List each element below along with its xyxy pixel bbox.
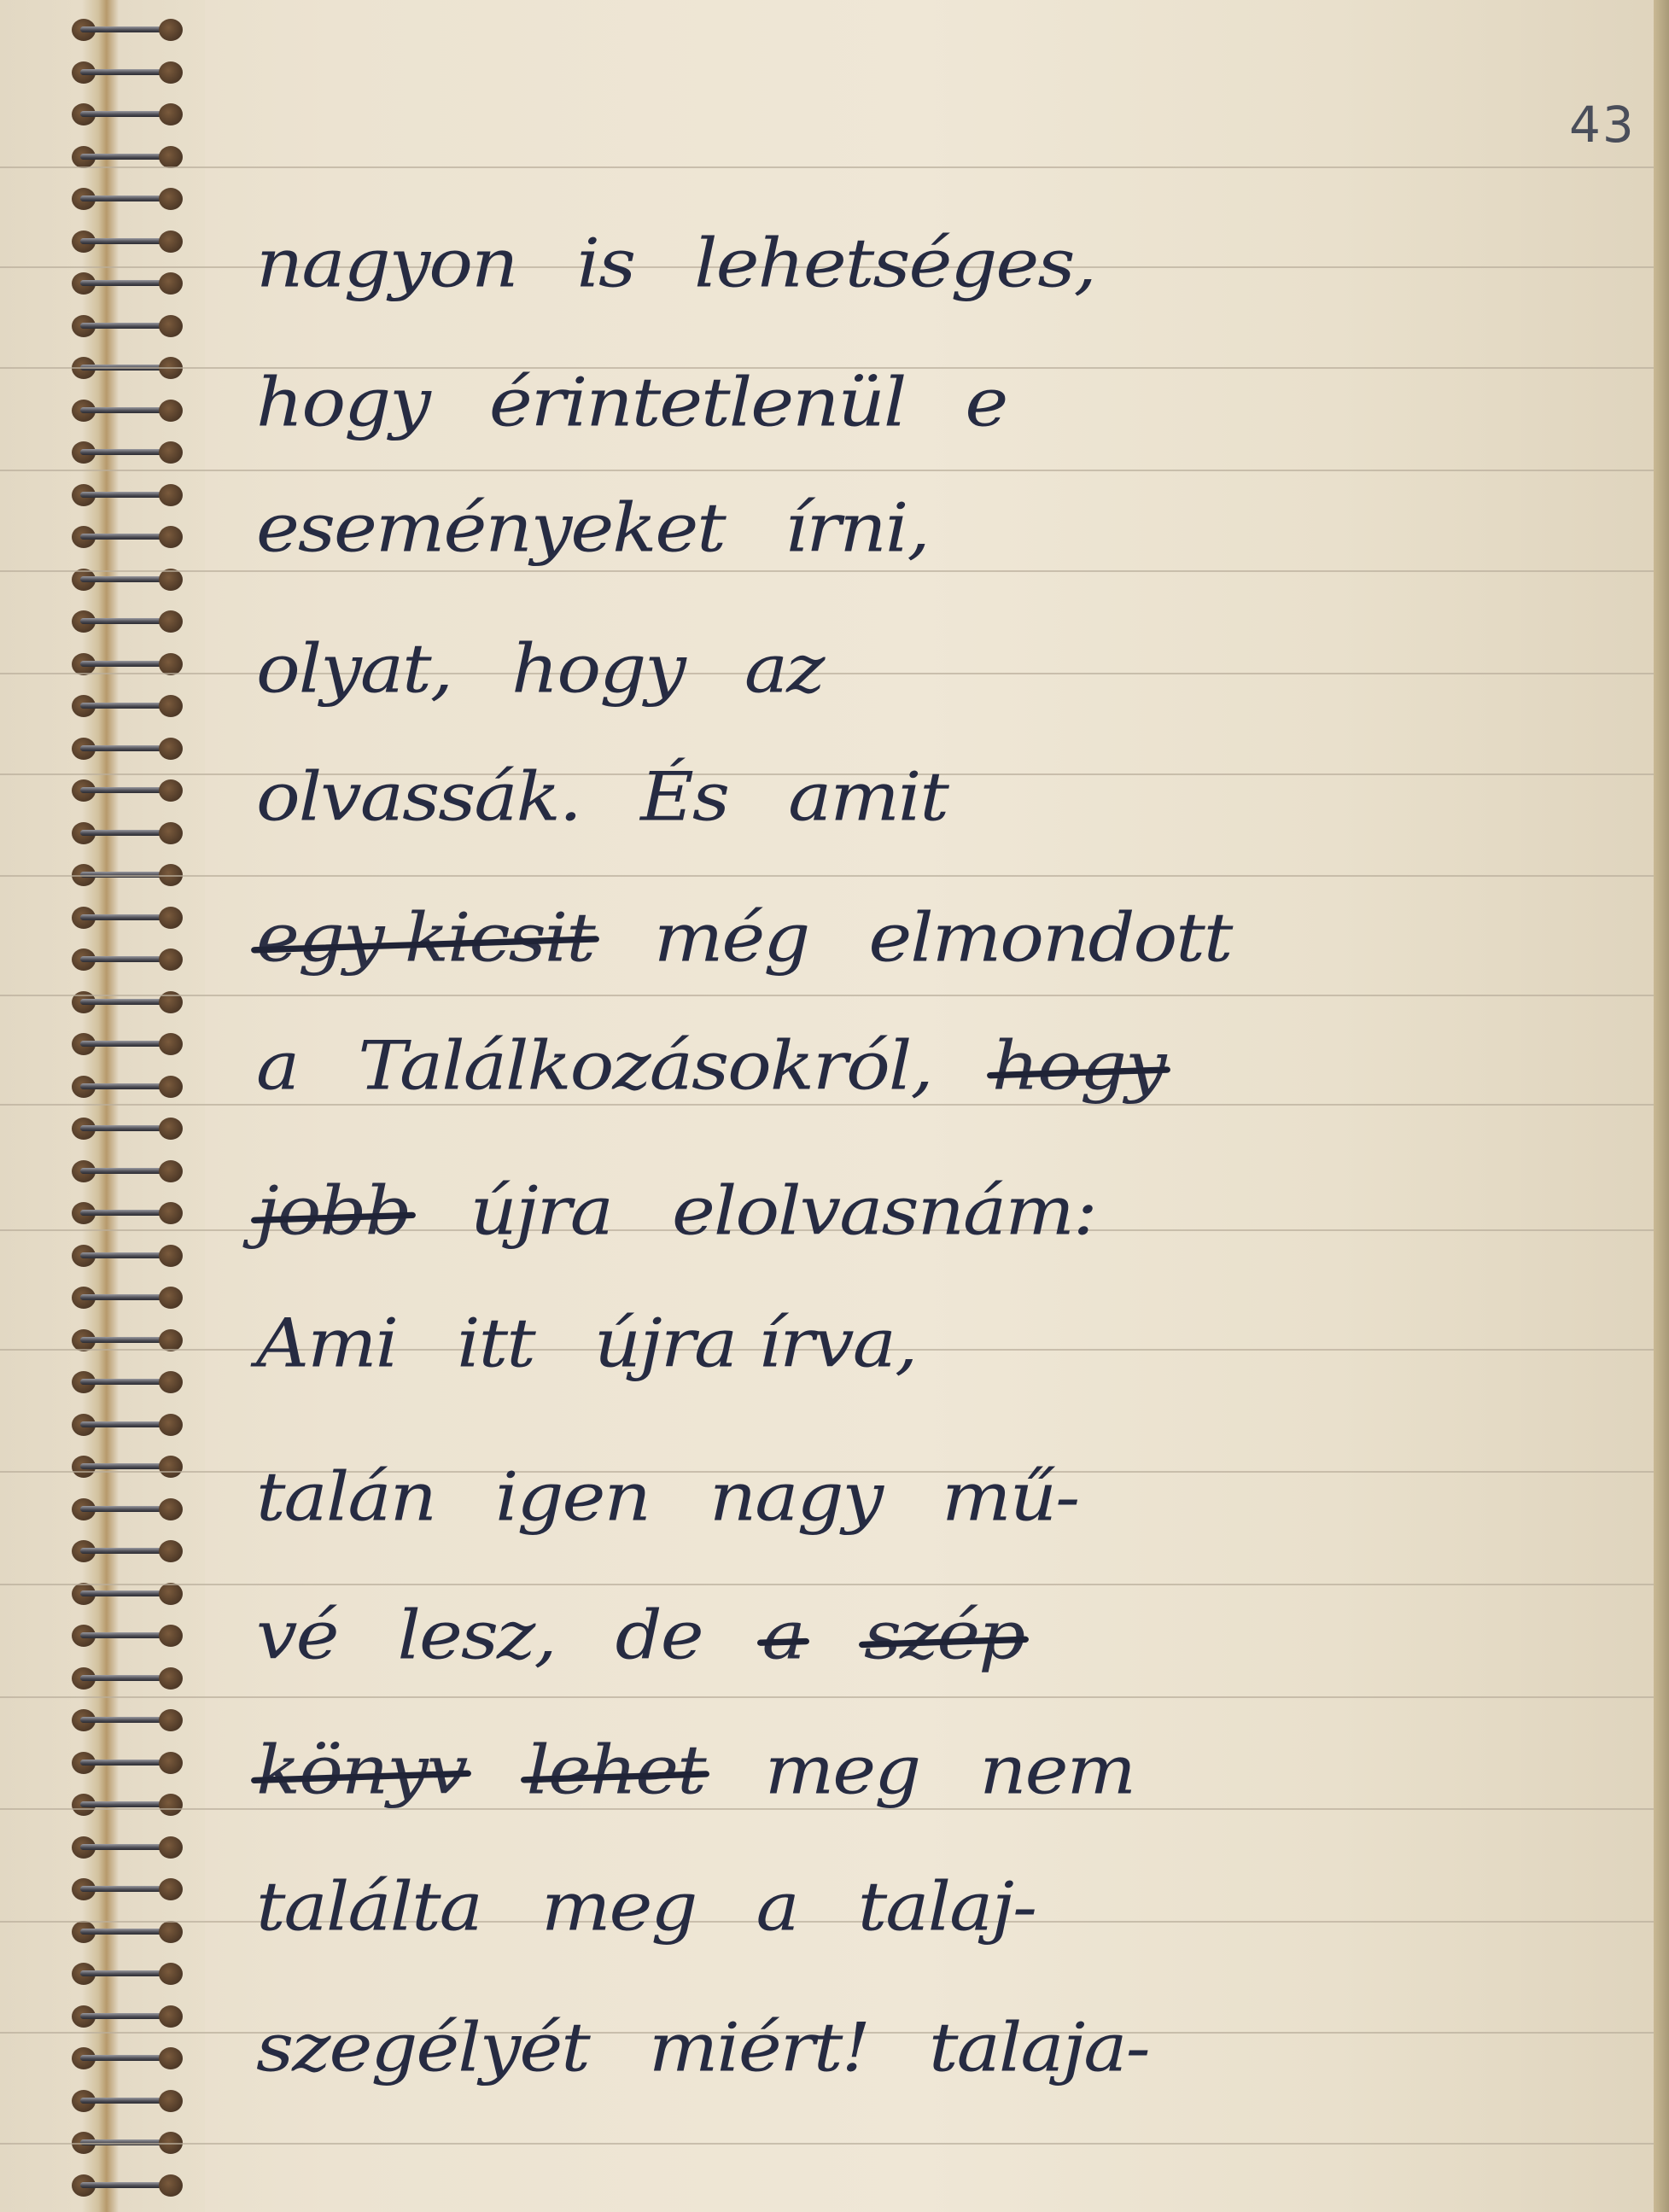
spiral-coil [72,484,183,506]
punch-hole [159,484,183,506]
punch-hole [159,1202,183,1224]
word: találta [256,1868,481,1946]
spiral-coil [72,948,183,971]
punch-hole [159,1160,183,1182]
punch-hole [159,907,183,929]
handwritten-line: jobbújraelolvasnám: [256,1172,1639,1251]
word: nem [979,1731,1135,1810]
struck-word: könyv [256,1731,466,1810]
spiral-coil [72,1329,183,1351]
punch-hole [159,1963,183,1985]
punch-hole [159,231,183,253]
spiral-coil [72,1625,183,1647]
word: lesz, [397,1596,555,1675]
spiral-coil [72,1456,183,1478]
spiral-coil [72,1963,183,1985]
spiral-coil [72,526,183,548]
word: olvassák. [256,758,581,837]
word: nagyon [256,225,516,303]
spiral-coil [72,1498,183,1520]
punch-hole [159,272,183,295]
punch-hole [159,19,183,41]
spiral-coil [72,695,183,717]
punch-hole [159,61,183,84]
punch-hole [159,1076,183,1098]
word: lehetséges, [694,225,1095,303]
handwritten-line: szegélyétmiért!talaja- [256,2009,1639,2087]
punch-hole [159,1625,183,1647]
struck-word: a [762,1596,804,1675]
spiral-coil [72,822,183,844]
handwritten-line: találtamegatalaj- [256,1868,1639,1946]
punch-hole [159,1836,183,1859]
spiral-coil [72,738,183,760]
spiral-binding [0,0,205,2212]
spiral-coil [72,146,183,168]
ruled-line [0,1696,1654,1698]
ruled-line [0,470,1654,471]
spiral-coil [72,1371,183,1393]
punch-hole [159,441,183,464]
ruled-line [0,875,1654,877]
word: talaj- [858,1868,1036,1946]
word: hogy [256,364,429,442]
word: elmondott [868,899,1231,978]
word: mű- [942,1458,1078,1537]
spiral-coil [72,1667,183,1690]
word: olyat, [256,630,452,709]
ruled-line [0,2143,1654,2145]
spiral-coil [72,1836,183,1859]
spiral-coil [72,61,183,84]
spiral-coil [72,907,183,929]
spiral-coil [72,1583,183,1605]
word: Találkozásokról, [358,1027,931,1106]
spiral-coil [72,610,183,633]
word: talaja- [929,2009,1149,2087]
handwritten-line: Amiittújra írva, [256,1304,1639,1383]
punch-hole [159,188,183,210]
word: még [654,899,809,978]
spiral-coil [72,1287,183,1309]
word: érintetlenül [489,364,906,442]
punch-hole [159,779,183,802]
spiral-coil [72,2047,183,2069]
page-edge [1654,0,1669,2212]
spiral-coil [72,231,183,253]
spiral-coil [72,400,183,422]
punch-hole [159,1245,183,1267]
spiral-coil [72,1118,183,1140]
word: elolvasnám: [672,1172,1096,1251]
punch-hole [159,2005,183,2028]
spiral-coil [72,1752,183,1774]
punch-hole [159,2090,183,2112]
punch-hole [159,526,183,548]
word: itt [457,1304,534,1383]
punch-hole [159,1414,183,1436]
punch-hole [159,738,183,760]
word: Ami [256,1304,397,1383]
spiral-coil [72,1709,183,1731]
spiral-coil [72,2005,183,2028]
spiral-coil [72,779,183,802]
spiral-coil [72,103,183,125]
punch-hole [159,822,183,844]
handwritten-line: vélesz,deaszép [256,1596,1639,1675]
word: eseményeket [256,489,725,568]
word: e [965,364,1007,442]
punch-hole [159,1118,183,1140]
handwritten-line: olvassák.Ésamit [256,758,1639,837]
spiral-coil [72,1076,183,1098]
spiral-coil [72,315,183,337]
spiral-coil [72,1878,183,1900]
handwritten-line: egy kicsitmégelmondott [256,899,1639,978]
punch-hole [159,1752,183,1774]
handwritten-line: könyvlehetmegnem [256,1731,1639,1810]
punch-hole [159,1456,183,1478]
punch-hole [159,146,183,168]
punch-hole [159,695,183,717]
punch-hole [159,2047,183,2069]
punch-hole [159,315,183,337]
spiral-coil [72,1033,183,1055]
spiral-coil [72,2174,183,2197]
handwritten-line: hogyérintetlenüle [256,364,1639,442]
word: meg [541,1868,697,1946]
struck-word: lehet [526,1731,704,1810]
spiral-coil [72,19,183,41]
spiral-coil [72,188,183,210]
word: a [756,1868,797,1946]
ruled-line [0,1584,1654,1585]
word: hogy [511,630,685,709]
punch-hole [159,1921,183,1943]
punch-hole [159,1583,183,1605]
ruled-line [0,995,1654,996]
punch-hole [159,1287,183,1309]
spiral-coil [72,1202,183,1224]
word: meg [765,1731,920,1810]
punch-hole [159,1033,183,1055]
spiral-coil [72,441,183,464]
spiral-coil [72,653,183,675]
word: újra [470,1172,612,1251]
word: újra írva, [594,1304,917,1383]
punch-hole [159,2174,183,2197]
spiral-coil [72,1540,183,1562]
handwritten-line: aTalálkozásokról,hogy [256,1027,1639,1106]
word: talán [256,1458,435,1537]
punch-hole [159,1878,183,1900]
word: amit [788,758,948,837]
handwritten-line: nagyonislehetséges, [256,225,1639,303]
punch-hole [159,1371,183,1393]
punch-hole [159,610,183,633]
word: És [640,758,728,837]
ruled-line [0,570,1654,572]
word: szegélyét [256,2009,589,2087]
spiral-coil [72,1414,183,1436]
handwritten-line: eseményeketírni, [256,489,1639,568]
punch-hole [159,653,183,675]
punch-hole [159,1709,183,1731]
spiral-coil [72,1160,183,1182]
spiral-coil [72,1794,183,1816]
punch-hole [159,1667,183,1690]
word: írni, [785,489,929,568]
struck-word: szép [864,1596,1024,1675]
spiral-coil [72,2090,183,2112]
word: vé [256,1596,337,1675]
word: de [616,1596,703,1675]
struck-word: hogy [992,1027,1165,1106]
punch-hole [159,103,183,125]
spiral-coil [72,1921,183,1943]
punch-hole [159,1498,183,1520]
handwritten-line: olyat,hogyaz [256,630,1639,709]
ruled-line [0,166,1654,168]
notebook-page: 43 nagyonislehetséges,hogyérintetlenülee… [0,0,1669,2212]
punch-hole [159,948,183,971]
word: nagy [709,1458,882,1537]
word: igen [495,1458,650,1537]
word: az [744,630,824,709]
punch-hole [159,400,183,422]
word: a [256,1027,298,1106]
punch-hole [159,1794,183,1816]
struck-word: egy kicsit [256,899,594,978]
punch-hole [159,1329,183,1351]
handwritten-line: talánigennagymű- [256,1458,1639,1537]
struck-word: jobb [256,1172,411,1251]
word: miért! [649,2009,869,2087]
punch-hole [159,1540,183,1562]
word: is [576,225,634,303]
spiral-coil [72,272,183,295]
spiral-coil [72,1245,183,1267]
page-number: 43 [1569,96,1636,154]
